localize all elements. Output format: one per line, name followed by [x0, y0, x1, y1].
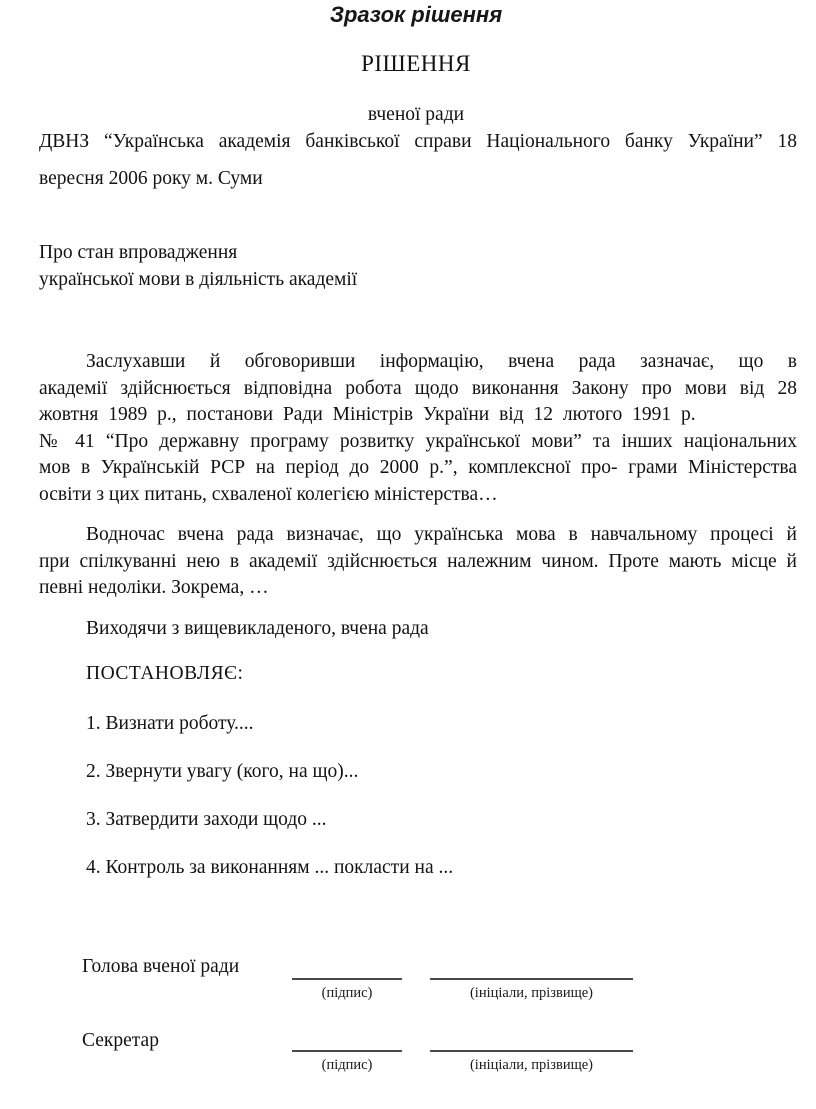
signature-underline-name — [430, 956, 633, 980]
signature-caption-signature: (підпис) — [292, 985, 402, 1002]
subject-line-2: української мови в діяльність академії — [39, 267, 357, 294]
paragraph-1-line: жовтня 1989 р., постанови Ради Міністрів… — [39, 402, 797, 429]
paragraph-1-line: освіти з цих питань, схваленої колегією … — [39, 482, 797, 509]
paragraph-1-line: академії здійснюється відповідна робота … — [39, 376, 797, 403]
resolution-item-3: 3. Затвердити заходи щодо ... — [86, 809, 327, 831]
signature-caption-name: (ініціали, прізвище) — [430, 1057, 633, 1074]
paragraph-2-line: певні недоліки. Зокрема, … — [39, 575, 797, 602]
signature-underline-name — [430, 1028, 633, 1052]
resolution-item-4: 4. Контроль за виконанням ... покласти н… — [86, 857, 453, 879]
header-institution-line: ДВНЗ “Українська академія банківської сп… — [39, 131, 797, 153]
signature-caption-signature: (підпис) — [292, 1057, 402, 1074]
header-council-line: вченої ради — [0, 104, 816, 126]
sample-caption: Зразок рішення — [0, 2, 816, 28]
signature-caption-name: (ініціали, прізвище) — [430, 985, 633, 1002]
paragraph-1-line: мов в Українській РСР на період до 2000 … — [39, 455, 797, 482]
header-date-place-line: вересня 2006 року м. Суми — [39, 168, 263, 190]
paragraph-2: Водночас вчена рада визначає, що українс… — [39, 522, 797, 602]
document-type-heading: РІШЕННЯ — [0, 51, 816, 77]
paragraph-1-line: № 41 “Про державну програму розвитку укр… — [39, 429, 797, 456]
signature-role-secretary: Секретар — [82, 1030, 159, 1052]
paragraph-1: Заслухавши й обговоривши інформацію, вче… — [39, 349, 797, 509]
paragraph-2-line: при спілкуванні нею в академії здійснюєт… — [39, 549, 797, 576]
signature-underline-signature — [292, 956, 402, 980]
resolves-heading: ПОСТАНОВЛЯЄ: — [86, 663, 243, 685]
paragraph-2-line: Водночас вчена рада визначає, що українс… — [39, 522, 797, 549]
document-page: Зразок рішення РІШЕННЯ вченої ради ДВНЗ … — [0, 0, 816, 1109]
resolution-item-2: 2. Звернути увагу (кого, на що)... — [86, 761, 358, 783]
subject-block: Про стан впровадження української мови в… — [39, 240, 357, 293]
paragraph-1-line: Заслухавши й обговоривши інформацію, вче… — [39, 349, 797, 376]
signature-role-chairman: Голова вченої ради — [82, 956, 239, 978]
subject-line-1: Про стан впровадження — [39, 240, 357, 267]
closing-line: Виходячи з вищевикладеного, вчена рада — [86, 618, 429, 640]
signature-underline-signature — [292, 1028, 402, 1052]
resolution-item-1: 1. Визнати роботу.... — [86, 713, 254, 735]
